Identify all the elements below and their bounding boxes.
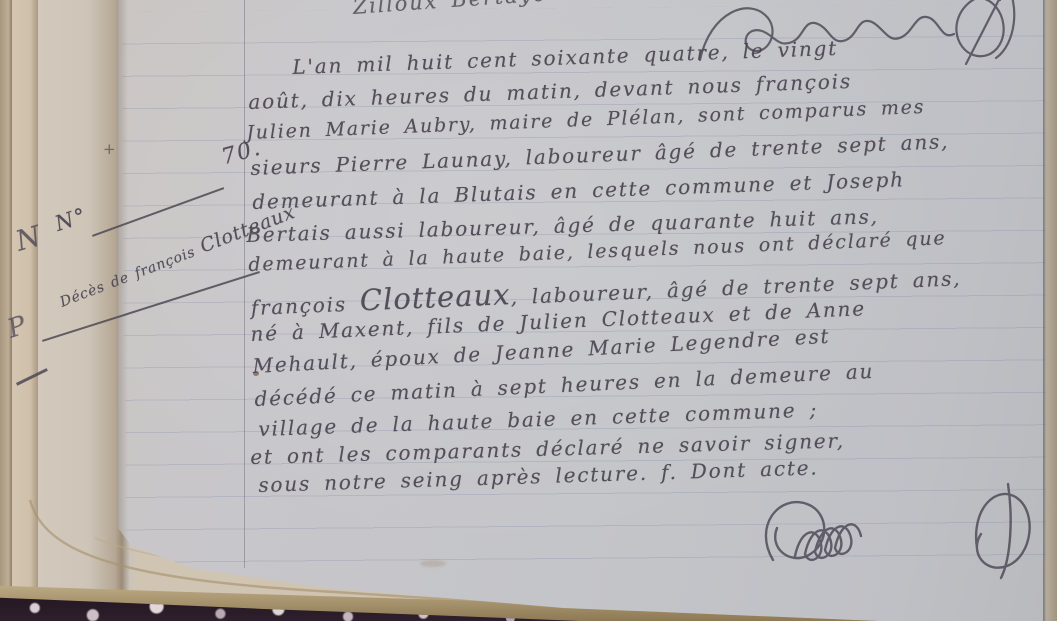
margin-rule-line bbox=[244, 0, 245, 568]
signature-bottom bbox=[745, 478, 1057, 582]
signature-top bbox=[690, 0, 1030, 78]
act-line-pre: françois bbox=[250, 291, 360, 320]
margin-cross-mark: + bbox=[103, 140, 117, 158]
paper-stain bbox=[420, 560, 446, 567]
signature-top-flourish bbox=[690, 0, 1030, 78]
register-scan: Zilloux Bertaye + N N° 70. Décès de fran… bbox=[0, 0, 1057, 621]
signature-bottom-flourish bbox=[745, 478, 1057, 582]
